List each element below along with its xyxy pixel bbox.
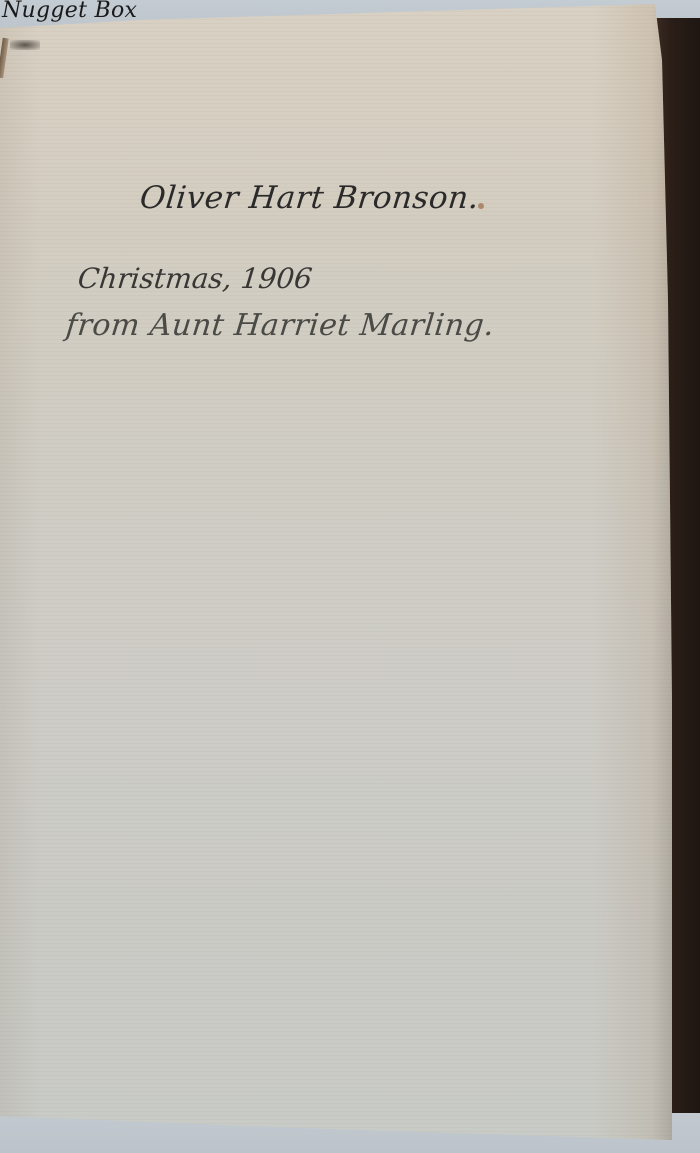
photo-scene: Nugget Box Oliver Hart Bronson. Christma… [0, 0, 700, 1153]
watermark-text: Nugget Box [2, 0, 137, 23]
inscription-from: from Aunt Harriet Marling. [64, 308, 496, 343]
paper-texture [0, 0, 672, 1140]
inscription-name: Oliver Hart Bronson. [138, 180, 481, 216]
page-shadow [10, 40, 40, 50]
inscription-date: Christmas, 1906 [76, 262, 314, 295]
ink-stain [478, 203, 484, 209]
book-flyleaf-page [0, 0, 672, 1140]
